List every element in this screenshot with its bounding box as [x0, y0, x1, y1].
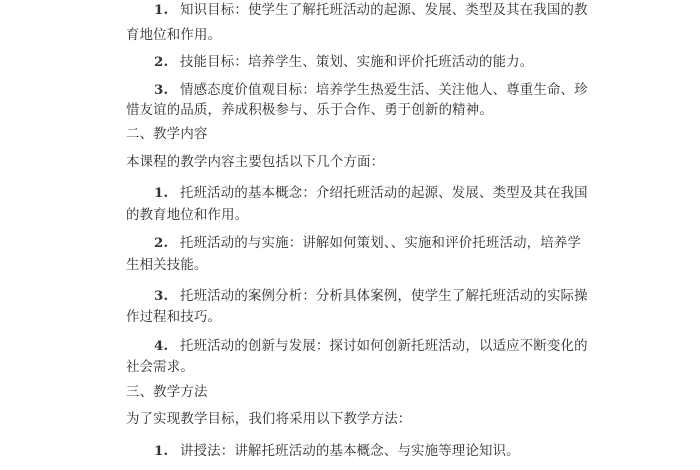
section-heading-methods: 三、教学方法 — [126, 385, 208, 401]
item-number: 1. — [154, 2, 180, 18]
section-heading-content: 二、教学内容 — [126, 127, 208, 143]
item-text: 讲授法：讲解托班活动的基本概念、与实施等理论知识。 — [180, 444, 520, 459]
item-number: 1. — [154, 443, 180, 459]
objective-item-1-cont: 育地位和作用。 — [126, 28, 221, 44]
content-item-4: 4.托班活动的创新与发展：探讨如何创新托班活动，以适应不断变化的 — [154, 338, 588, 355]
item-text: 托班活动的基本概念：介绍托班活动的起源、发展、类型及其在我国 — [180, 186, 588, 201]
content-item-2-cont: 生相关技能。 — [126, 258, 208, 274]
item-text: 知识目标：使学生了解托班活动的起源、发展、类型及其在我国的教 — [180, 3, 588, 18]
item-number: 1. — [154, 185, 180, 201]
section-intro-content: 本课程的教学内容主要包括以下几个方面： — [126, 155, 384, 171]
item-text: 情感态度价值观目标：培养学生热爱生活、关注他人、尊重生命、珍 — [180, 83, 588, 98]
item-number: 2. — [154, 235, 180, 251]
objective-item-3-cont: 惜友谊的品质，养成积极参与、乐于合作、勇于创新的精神。 — [126, 103, 493, 119]
content-item-3-cont: 作过程和技巧。 — [126, 310, 221, 326]
objective-item-2: 2.技能目标：培养学生、策划、实施和评价托班活动的能力。 — [154, 54, 533, 71]
content-item-1: 1.托班活动的基本概念：介绍托班活动的起源、发展、类型及其在我国 — [154, 185, 588, 202]
content-item-1-cont: 的教育地位和作用。 — [126, 208, 248, 224]
content-item-4-cont: 社会需求。 — [126, 360, 194, 376]
item-number: 2. — [154, 54, 180, 70]
item-number: 3. — [154, 288, 180, 304]
item-text: 托班活动的案例分析：分析具体案例，使学生了解托班活动的实际操 — [180, 289, 588, 304]
method-item-1: 1.讲授法：讲解托班活动的基本概念、与实施等理论知识。 — [154, 443, 520, 460]
item-number: 4. — [154, 338, 180, 354]
item-text: 托班活动的创新与发展：探讨如何创新托班活动，以适应不断变化的 — [180, 339, 588, 354]
content-item-2: 2.托班活动的与实施：讲解如何策划、、实施和评价托班活动，培养学 — [154, 235, 581, 252]
objective-item-1: 1.知识目标：使学生了解托班活动的起源、发展、类型及其在我国的教 — [154, 2, 588, 19]
item-text: 技能目标：培养学生、策划、实施和评价托班活动的能力。 — [180, 55, 533, 70]
objective-item-3: 3.情感态度价值观目标：培养学生热爱生活、关注他人、尊重生命、珍 — [154, 82, 588, 99]
item-text: 托班活动的与实施：讲解如何策划、、实施和评价托班活动，培养学 — [180, 236, 581, 251]
item-number: 3. — [154, 82, 180, 98]
document-page: 1.知识目标：使学生了解托班活动的起源、发展、类型及其在我国的教 育地位和作用。… — [126, 0, 600, 470]
section-intro-methods: 为了实现教学目标，我们将采用以下教学方法： — [126, 412, 411, 428]
content-item-3: 3.托班活动的案例分析：分析具体案例，使学生了解托班活动的实际操 — [154, 288, 588, 305]
